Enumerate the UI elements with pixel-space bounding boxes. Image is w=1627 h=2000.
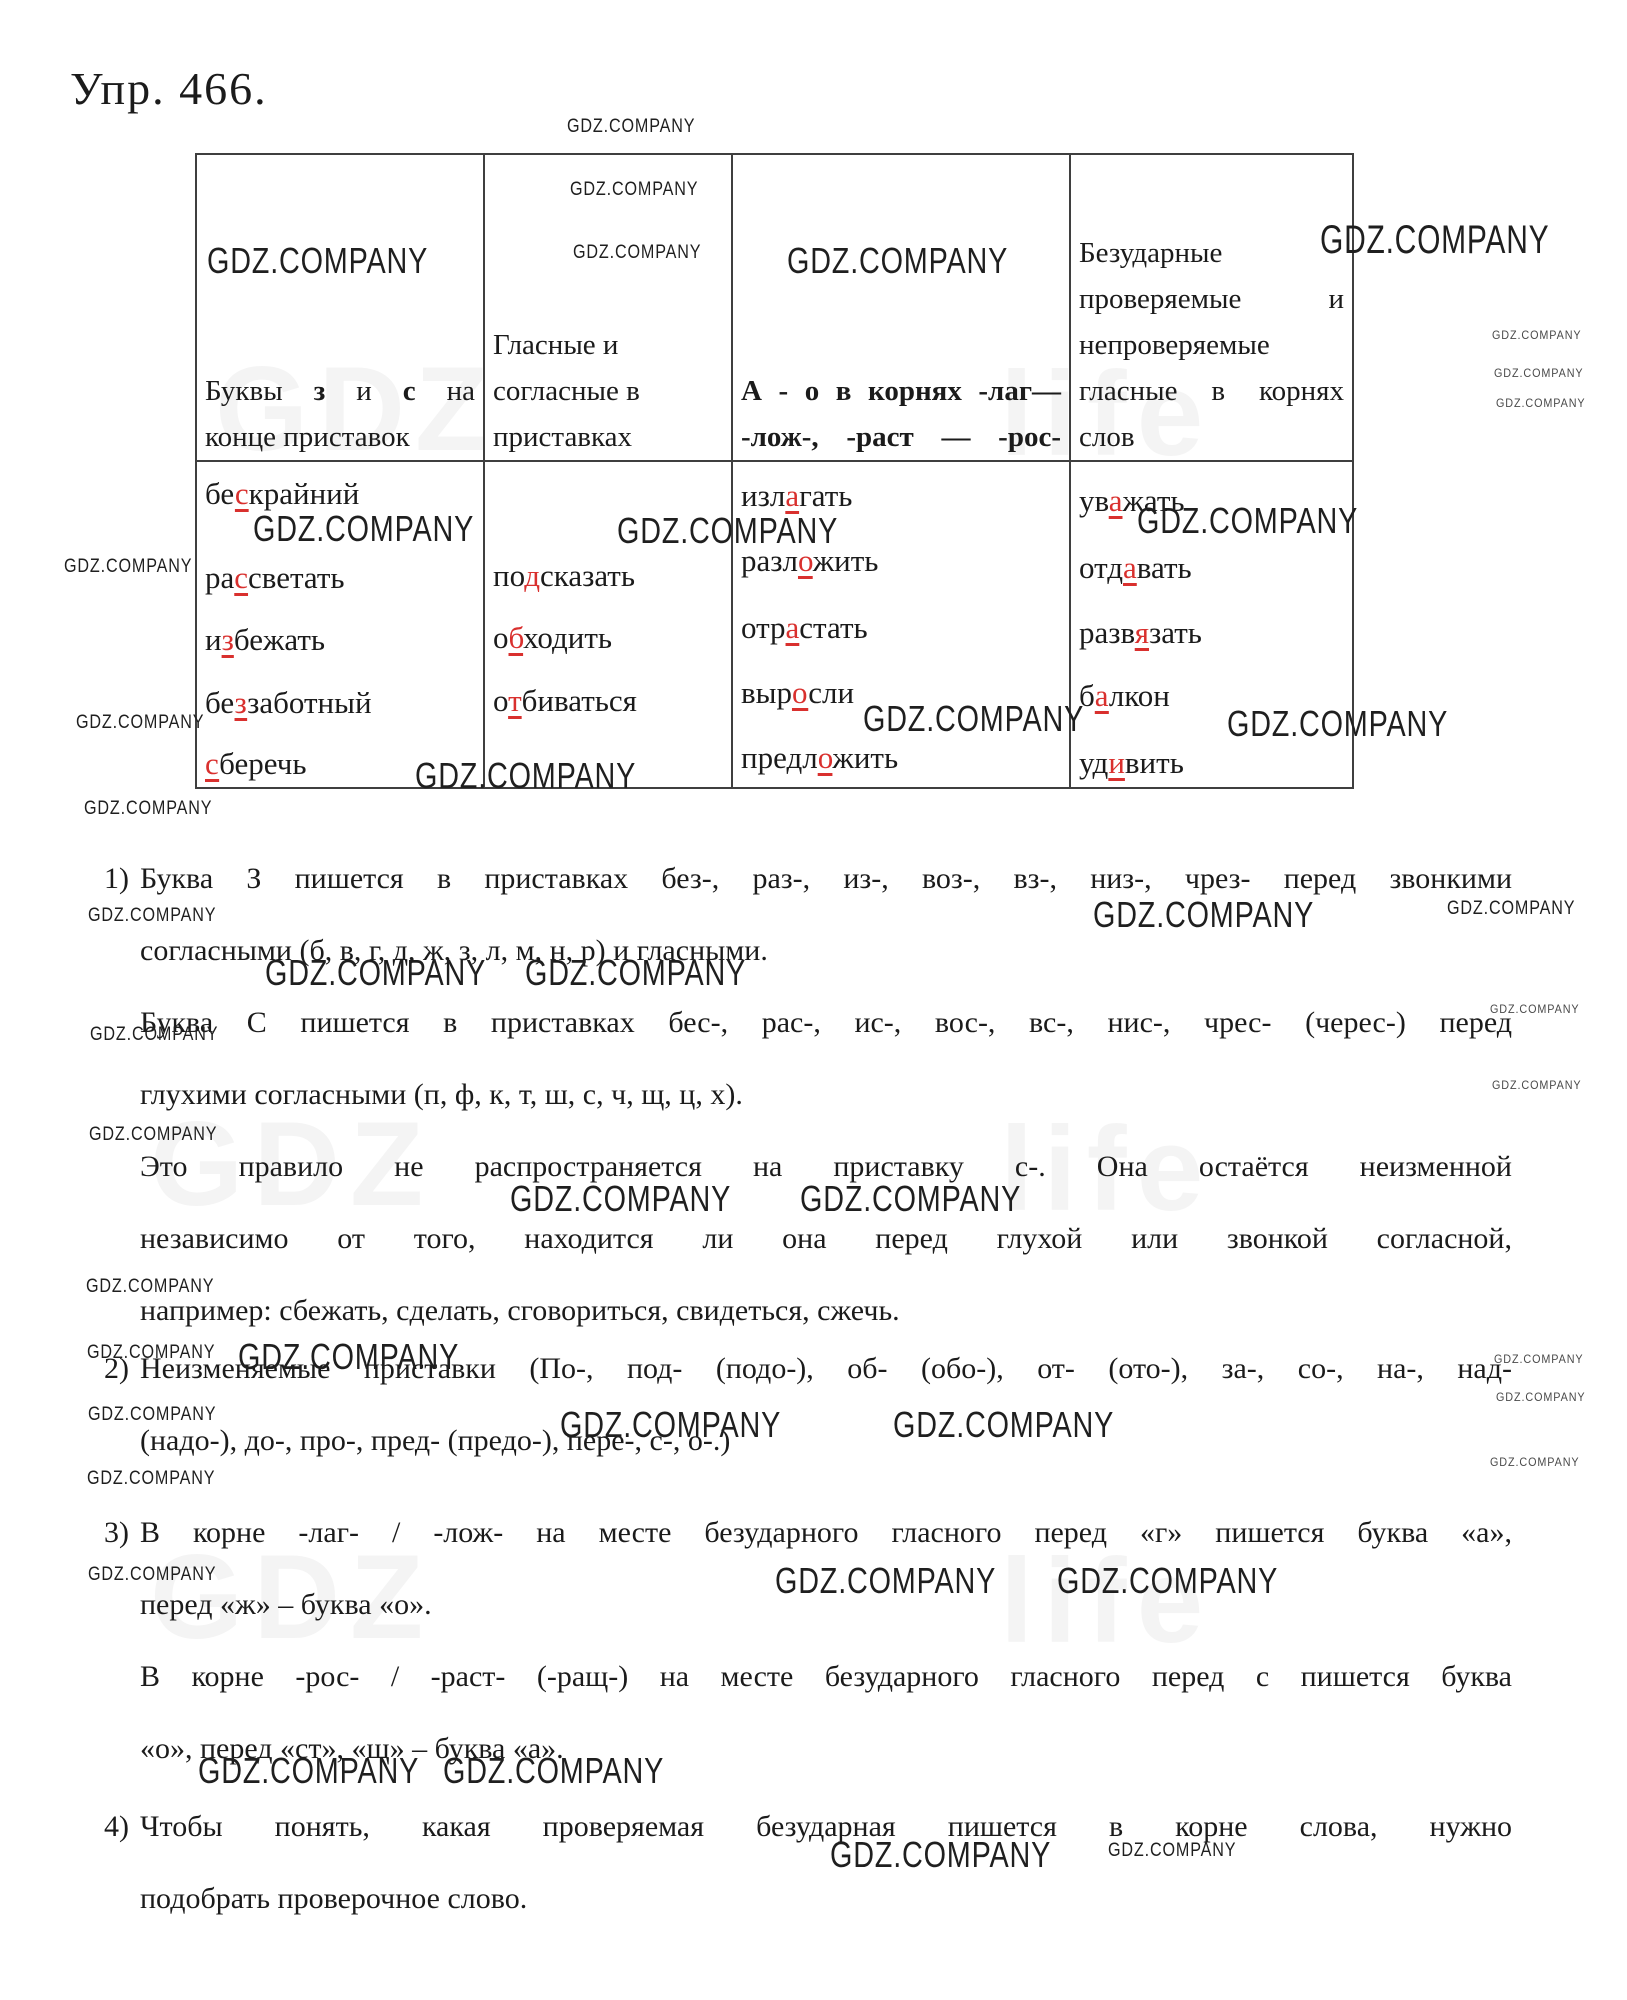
gdz-watermark: GDZ.COMPANY bbox=[560, 1404, 781, 1446]
header-line: слов bbox=[1079, 414, 1344, 460]
gdz-watermark: GDZ.COMPANY bbox=[570, 179, 698, 201]
gdz-watermark: GDZ.COMPANY bbox=[265, 952, 486, 994]
list-number: 3) bbox=[104, 1513, 129, 1553]
highlighted-letter: д bbox=[524, 558, 540, 593]
highlighted-letter: б bbox=[509, 620, 524, 655]
gdz-watermark: GDZ.COMPANY bbox=[573, 242, 701, 264]
gdz-watermark: GDZ.COMPANY bbox=[1490, 1002, 1580, 1016]
gdz-watermark: GDZ.COMPANY bbox=[88, 1564, 216, 1586]
word-entry: рассветать bbox=[205, 560, 345, 596]
word-entry: сберечь bbox=[205, 746, 306, 782]
header-line: согласные в bbox=[493, 368, 723, 414]
word-entry: обходить bbox=[493, 620, 612, 656]
gdz-watermark: GDZ.COMPANY bbox=[1496, 396, 1586, 410]
gdz-watermark: GDZ.COMPANY bbox=[253, 508, 474, 550]
gdz-watermark: GDZ.COMPANY bbox=[787, 240, 1008, 282]
table-header-row: Буквы з и с наконце приставок Гласные ис… bbox=[196, 154, 1353, 461]
word-entry: отдавать bbox=[1079, 550, 1192, 586]
highlighted-letter: т bbox=[508, 683, 522, 718]
table-header-cell-unstressed: Безударныепроверяемые инепроверяемыеглас… bbox=[1070, 154, 1353, 461]
highlighted-letter: з bbox=[222, 622, 234, 657]
word-entry: отрастать bbox=[741, 610, 868, 646]
paragraph-line: В корне -рос- / -раст- (-ращ-) на месте … bbox=[140, 1652, 1512, 1724]
gdz-watermark: GDZ.COMPANY bbox=[775, 1560, 996, 1602]
gdz-watermark: GDZ.COMPANY bbox=[1494, 1352, 1584, 1366]
gdz-watermark: GDZ.COMPANY bbox=[415, 755, 636, 797]
word-entry: бескрайний bbox=[205, 476, 359, 512]
word-entry: балкон bbox=[1079, 678, 1170, 714]
word-entry: выросли bbox=[741, 675, 854, 711]
highlighted-letter: а bbox=[1095, 678, 1109, 713]
gdz-watermark: GDZ.COMPANY bbox=[830, 1834, 1051, 1876]
gdz-watermark: GDZ.COMPANY bbox=[88, 905, 216, 927]
header-line: конце приставок bbox=[205, 414, 475, 460]
gdz-watermark: GDZ.COMPANY bbox=[64, 556, 192, 578]
gdz-watermark: GDZ.COMPANY bbox=[1093, 894, 1314, 936]
highlighted-letter: о bbox=[818, 740, 833, 775]
gdz-watermark: GDZ.COMPANY bbox=[86, 1276, 214, 1298]
gdz-watermark: GDZ.COMPANY bbox=[1108, 1840, 1236, 1862]
highlighted-letter: с bbox=[205, 746, 219, 781]
header-line: гласные в корнях bbox=[1079, 368, 1344, 414]
header-line: Безударные bbox=[1079, 230, 1344, 276]
gdz-watermark: GDZ.COMPANY bbox=[1492, 1078, 1582, 1092]
list-number: 1) bbox=[104, 859, 129, 899]
gdz-watermark: GDZ.COMPANY bbox=[89, 1124, 217, 1146]
gdz-watermark: GDZ.COMPANY bbox=[207, 240, 428, 282]
gdz-watermark: GDZ.COMPANY bbox=[1492, 328, 1582, 342]
gdz-watermark: GDZ.COMPANY bbox=[863, 698, 1084, 740]
gdz-watermark: GDZ.COMPANY bbox=[617, 510, 838, 552]
word-entry: подсказать bbox=[493, 558, 635, 594]
gdz-watermark: GDZ.COMPANY bbox=[1137, 500, 1358, 542]
gdz-watermark: GDZ.COMPANY bbox=[1447, 898, 1575, 920]
word-entry: беззаботный bbox=[205, 685, 372, 721]
highlighted-letter: а bbox=[1109, 483, 1123, 518]
header-line: Буквы з и с на bbox=[205, 368, 475, 414]
gdz-watermark: GDZ.COMPANY bbox=[1227, 703, 1448, 745]
gdz-watermark: GDZ.COMPANY bbox=[1496, 1390, 1586, 1404]
header-line: Гласные и bbox=[493, 322, 723, 368]
paragraph-line: подобрать проверочное слово. bbox=[140, 1874, 1512, 1946]
highlighted-letter: з bbox=[235, 685, 248, 720]
highlighted-letter: с bbox=[234, 560, 248, 595]
word-entry: отбиваться bbox=[493, 683, 637, 719]
gdz-watermark: GDZ.COMPANY bbox=[1057, 1560, 1278, 1602]
gdz-watermark: GDZ.COMPANY bbox=[567, 116, 695, 138]
gdz-watermark: GDZ.COMPANY bbox=[1490, 1455, 1580, 1469]
highlighted-letter: а bbox=[1123, 550, 1137, 585]
header-line: приставках bbox=[493, 414, 723, 460]
gdz-watermark: GDZ.COMPANY bbox=[510, 1178, 731, 1220]
highlighted-letter: о bbox=[792, 675, 808, 710]
paragraph-line: независимо от того, находится ли она пер… bbox=[140, 1214, 1512, 1286]
paragraph-line: глухими согласными (п, ф, к, т, ш, с, ч,… bbox=[140, 1070, 1512, 1142]
highlighted-letter: я bbox=[1135, 615, 1149, 650]
paragraph-line: 4)Чтобы понять, какая проверяемая безуда… bbox=[140, 1802, 1512, 1874]
word-entry: развязать bbox=[1079, 615, 1202, 651]
word-entry: предложить bbox=[741, 740, 898, 776]
gdz-watermark: GDZ.COMPANY bbox=[800, 1178, 1021, 1220]
highlighted-letter: и bbox=[1108, 745, 1125, 780]
header-line: А - о в корнях -лаг— bbox=[741, 368, 1061, 414]
gdz-watermark: GDZ.COMPANY bbox=[76, 712, 204, 734]
gdz-watermark: GDZ.COMPANY bbox=[198, 1750, 419, 1792]
highlighted-letter: а bbox=[785, 478, 799, 513]
gdz-watermark: GDZ.COMPANY bbox=[1320, 218, 1549, 263]
word-entry: излагать bbox=[741, 478, 852, 514]
gdz-watermark: GDZ.COMPANY bbox=[443, 1750, 664, 1792]
textbook-page: Упр. 466. GDZlifeGDZlifeGDZlife Буквы з … bbox=[0, 0, 1627, 2000]
highlighted-letter: а bbox=[786, 610, 800, 645]
page-title: Упр. 466. bbox=[70, 62, 268, 115]
header-line: -лож-, -раст — -рос- bbox=[741, 414, 1061, 460]
header-line: непроверяемые bbox=[1079, 322, 1344, 368]
gdz-watermark: GDZ.COMPANY bbox=[238, 1336, 459, 1378]
header-line: проверяемые и bbox=[1079, 276, 1344, 322]
gdz-watermark: GDZ.COMPANY bbox=[893, 1404, 1114, 1446]
paragraph-line: Буква С пишется в приставках бес-, рас-,… bbox=[140, 998, 1512, 1070]
table-header-cell-lag-lozh: А - о в корнях -лаг—-лож-, -раст — -рос- bbox=[732, 154, 1070, 461]
paragraph-line: (надо-), до-, про-, пред- (предо-), пере… bbox=[140, 1416, 1512, 1488]
gdz-watermark: GDZ.COMPANY bbox=[88, 1404, 216, 1426]
gdz-watermark: GDZ.COMPANY bbox=[1494, 366, 1584, 380]
list-number: 4) bbox=[104, 1807, 129, 1847]
highlighted-letter: с bbox=[235, 476, 249, 511]
gdz-watermark: GDZ.COMPANY bbox=[87, 1468, 215, 1490]
gdz-watermark: GDZ.COMPANY bbox=[87, 1342, 215, 1364]
gdz-watermark: GDZ.COMPANY bbox=[525, 952, 746, 994]
gdz-watermark: GDZ.COMPANY bbox=[84, 798, 212, 820]
word-entry: избежать bbox=[205, 622, 325, 658]
word-entry: удивить bbox=[1079, 745, 1184, 781]
paragraph: 4)Чтобы понять, какая проверяемая безуда… bbox=[140, 1802, 1512, 1946]
gdz-watermark: GDZ.COMPANY bbox=[90, 1024, 218, 1046]
table-header-cell-prefix-zs: Буквы з и с наконце приставок bbox=[196, 154, 484, 461]
